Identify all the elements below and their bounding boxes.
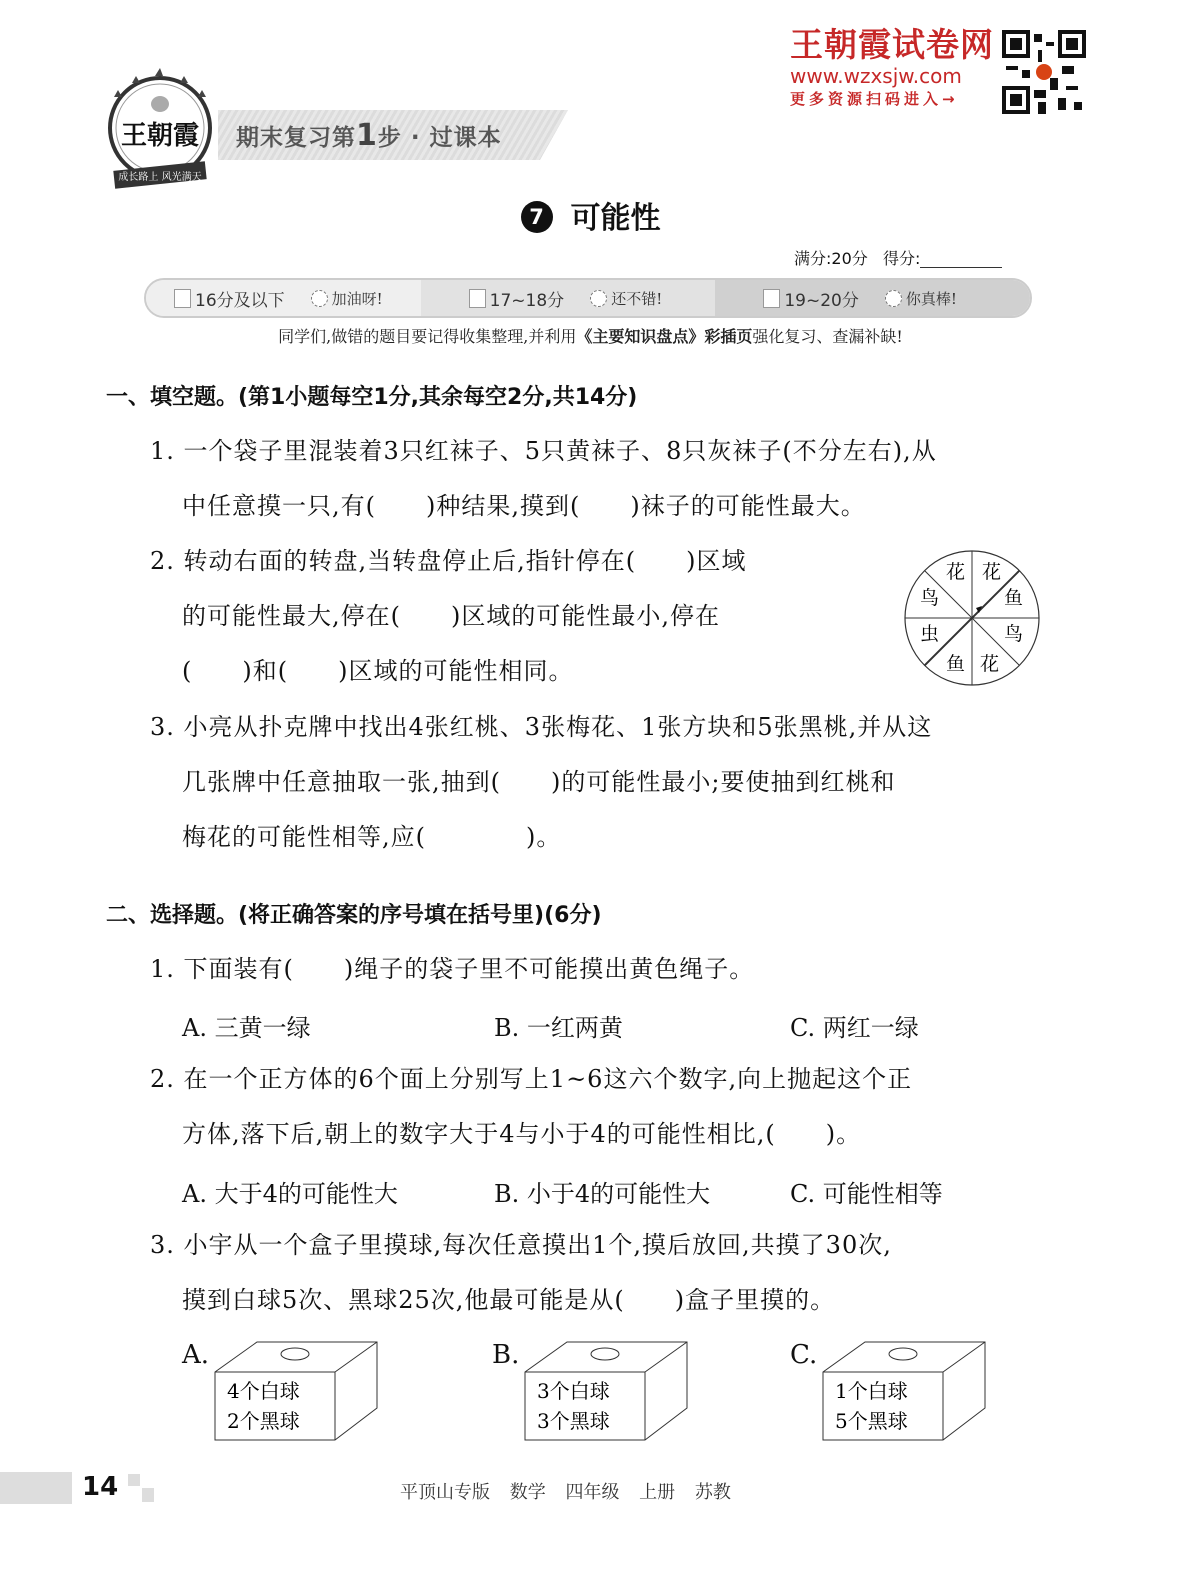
- tip-text: 同学们,做错的题目要记得收集整理,并利用《主要知识盘点》彩插页强化复习、查漏补缺…: [0, 324, 1181, 347]
- level-high: 19~20分你真棒!: [715, 280, 1030, 316]
- svg-text:鸟: 鸟: [1004, 623, 1023, 645]
- score-input[interactable]: [920, 249, 1002, 268]
- svg-text:鱼: 鱼: [946, 653, 965, 675]
- svg-text:花: 花: [946, 561, 965, 583]
- brand-block: 王朝霞试卷网 www.wzxsjw.com 更多资源扫码进入→: [790, 26, 994, 110]
- s1-question-2: 2. 转动右面的转盘,当转盘停止后,指针停在( )区域的可能性最大,停在( )区…: [150, 534, 747, 699]
- section2-heading: 二、选择题。(将正确答案的序号填在括号里)(6分): [106, 898, 602, 929]
- svg-text:成长路上 风光满天: 成长路上 风光满天: [118, 170, 201, 183]
- svg-text:1个白球: 1个白球: [835, 1379, 908, 1403]
- checkbox-high[interactable]: [763, 289, 780, 308]
- svg-text:花: 花: [980, 653, 999, 675]
- brand-logo-badge: 王朝霞 成长路上 风光满天: [106, 66, 214, 192]
- page-title: 7可能性: [0, 193, 1181, 237]
- footer-info: 平顶山专版 数学 四年级 上册 苏教: [400, 1478, 731, 1504]
- s2-question-3: 3. 小宇从一个盒子里摸球,每次任意摸出1个,摸后放回,共摸了30次,摸到白球5…: [150, 1218, 892, 1328]
- brand-name: 王朝霞试卷网: [790, 26, 994, 64]
- checkbox-mid[interactable]: [469, 289, 486, 308]
- s2-question-1: 1. 下面装有( )绳子的袋子里不可能摸出黄色绳子。: [150, 942, 754, 997]
- spinner-wheel: 花 鱼 鸟 花 鱼 虫 鸟 花: [902, 548, 1042, 688]
- svg-text:2个黑球: 2个黑球: [227, 1409, 300, 1433]
- s2-question-2: 2. 在一个正方体的6个面上分别写上1~6这六个数字,向上抛起这个正方体,落下后…: [150, 1052, 912, 1162]
- svg-text:花: 花: [982, 561, 1001, 583]
- section1-heading: 一、填空题。(第1小题每空1分,其余每空2分,共14分): [106, 380, 637, 411]
- svg-text:4个白球: 4个白球: [227, 1379, 300, 1403]
- svg-text:鸟: 鸟: [920, 587, 939, 609]
- banner-title: 期末复习第1步 · 过课本: [236, 118, 502, 153]
- smiley-icon: [590, 290, 607, 307]
- smiley-icon: [311, 290, 328, 307]
- chapter-number: 7: [521, 201, 553, 233]
- box-a: A. 4个白球2个黑球: [182, 1340, 492, 1444]
- s1-question-1: 1. 一个袋子里混装着3只红袜子、5只黄袜子、8只灰袜子(不分左右),从中任意摸…: [150, 424, 937, 534]
- score-levels-bar: 16分及以下加油呀! 17~18分还不错! 19~20分你真棒!: [144, 278, 1032, 318]
- svg-text:王朝霞: 王朝霞: [121, 121, 199, 151]
- svg-text:3个白球: 3个白球: [537, 1379, 610, 1403]
- svg-text:鱼: 鱼: [1004, 587, 1023, 609]
- box-b: B. 3个白球3个黑球: [492, 1340, 790, 1444]
- footer-deco: [128, 1474, 140, 1486]
- score-line: 满分:20分 得分:: [794, 246, 1002, 269]
- qr-code-icon[interactable]: [1002, 30, 1086, 114]
- footer-bar: [0, 1472, 72, 1504]
- box-c: C. 1个白球5个黑球: [790, 1340, 987, 1444]
- box-options: A. 4个白球2个黑球 B. 3个白球3个黑球 C. 1个白球5个黑球: [182, 1340, 987, 1444]
- page-number: 14: [82, 1472, 118, 1502]
- s2-q1-options: A. 三黄一绿B. 一红两黄C. 两红一绿: [182, 1008, 919, 1043]
- brand-more: 更多资源扫码进入→: [790, 88, 994, 110]
- svg-text:3个黑球: 3个黑球: [537, 1409, 610, 1433]
- level-low: 16分及以下加油呀!: [146, 280, 441, 316]
- brand-url[interactable]: www.wzxsjw.com: [790, 64, 994, 88]
- checkbox-low[interactable]: [174, 289, 191, 308]
- svg-text:5个黑球: 5个黑球: [835, 1409, 908, 1433]
- s1-question-3: 3. 小亮从扑克牌中找出4张红桃、3张梅花、1张方块和5张黑桃,并从这几张牌中任…: [150, 700, 932, 865]
- level-mid: 17~18分还不错!: [421, 280, 736, 316]
- svg-text:虫: 虫: [920, 623, 939, 645]
- footer-deco: [142, 1488, 154, 1502]
- smiley-icon: [885, 290, 902, 307]
- s2-q2-options: A. 大于4的可能性大B. 小于4的可能性大C. 可能性相等: [182, 1174, 943, 1209]
